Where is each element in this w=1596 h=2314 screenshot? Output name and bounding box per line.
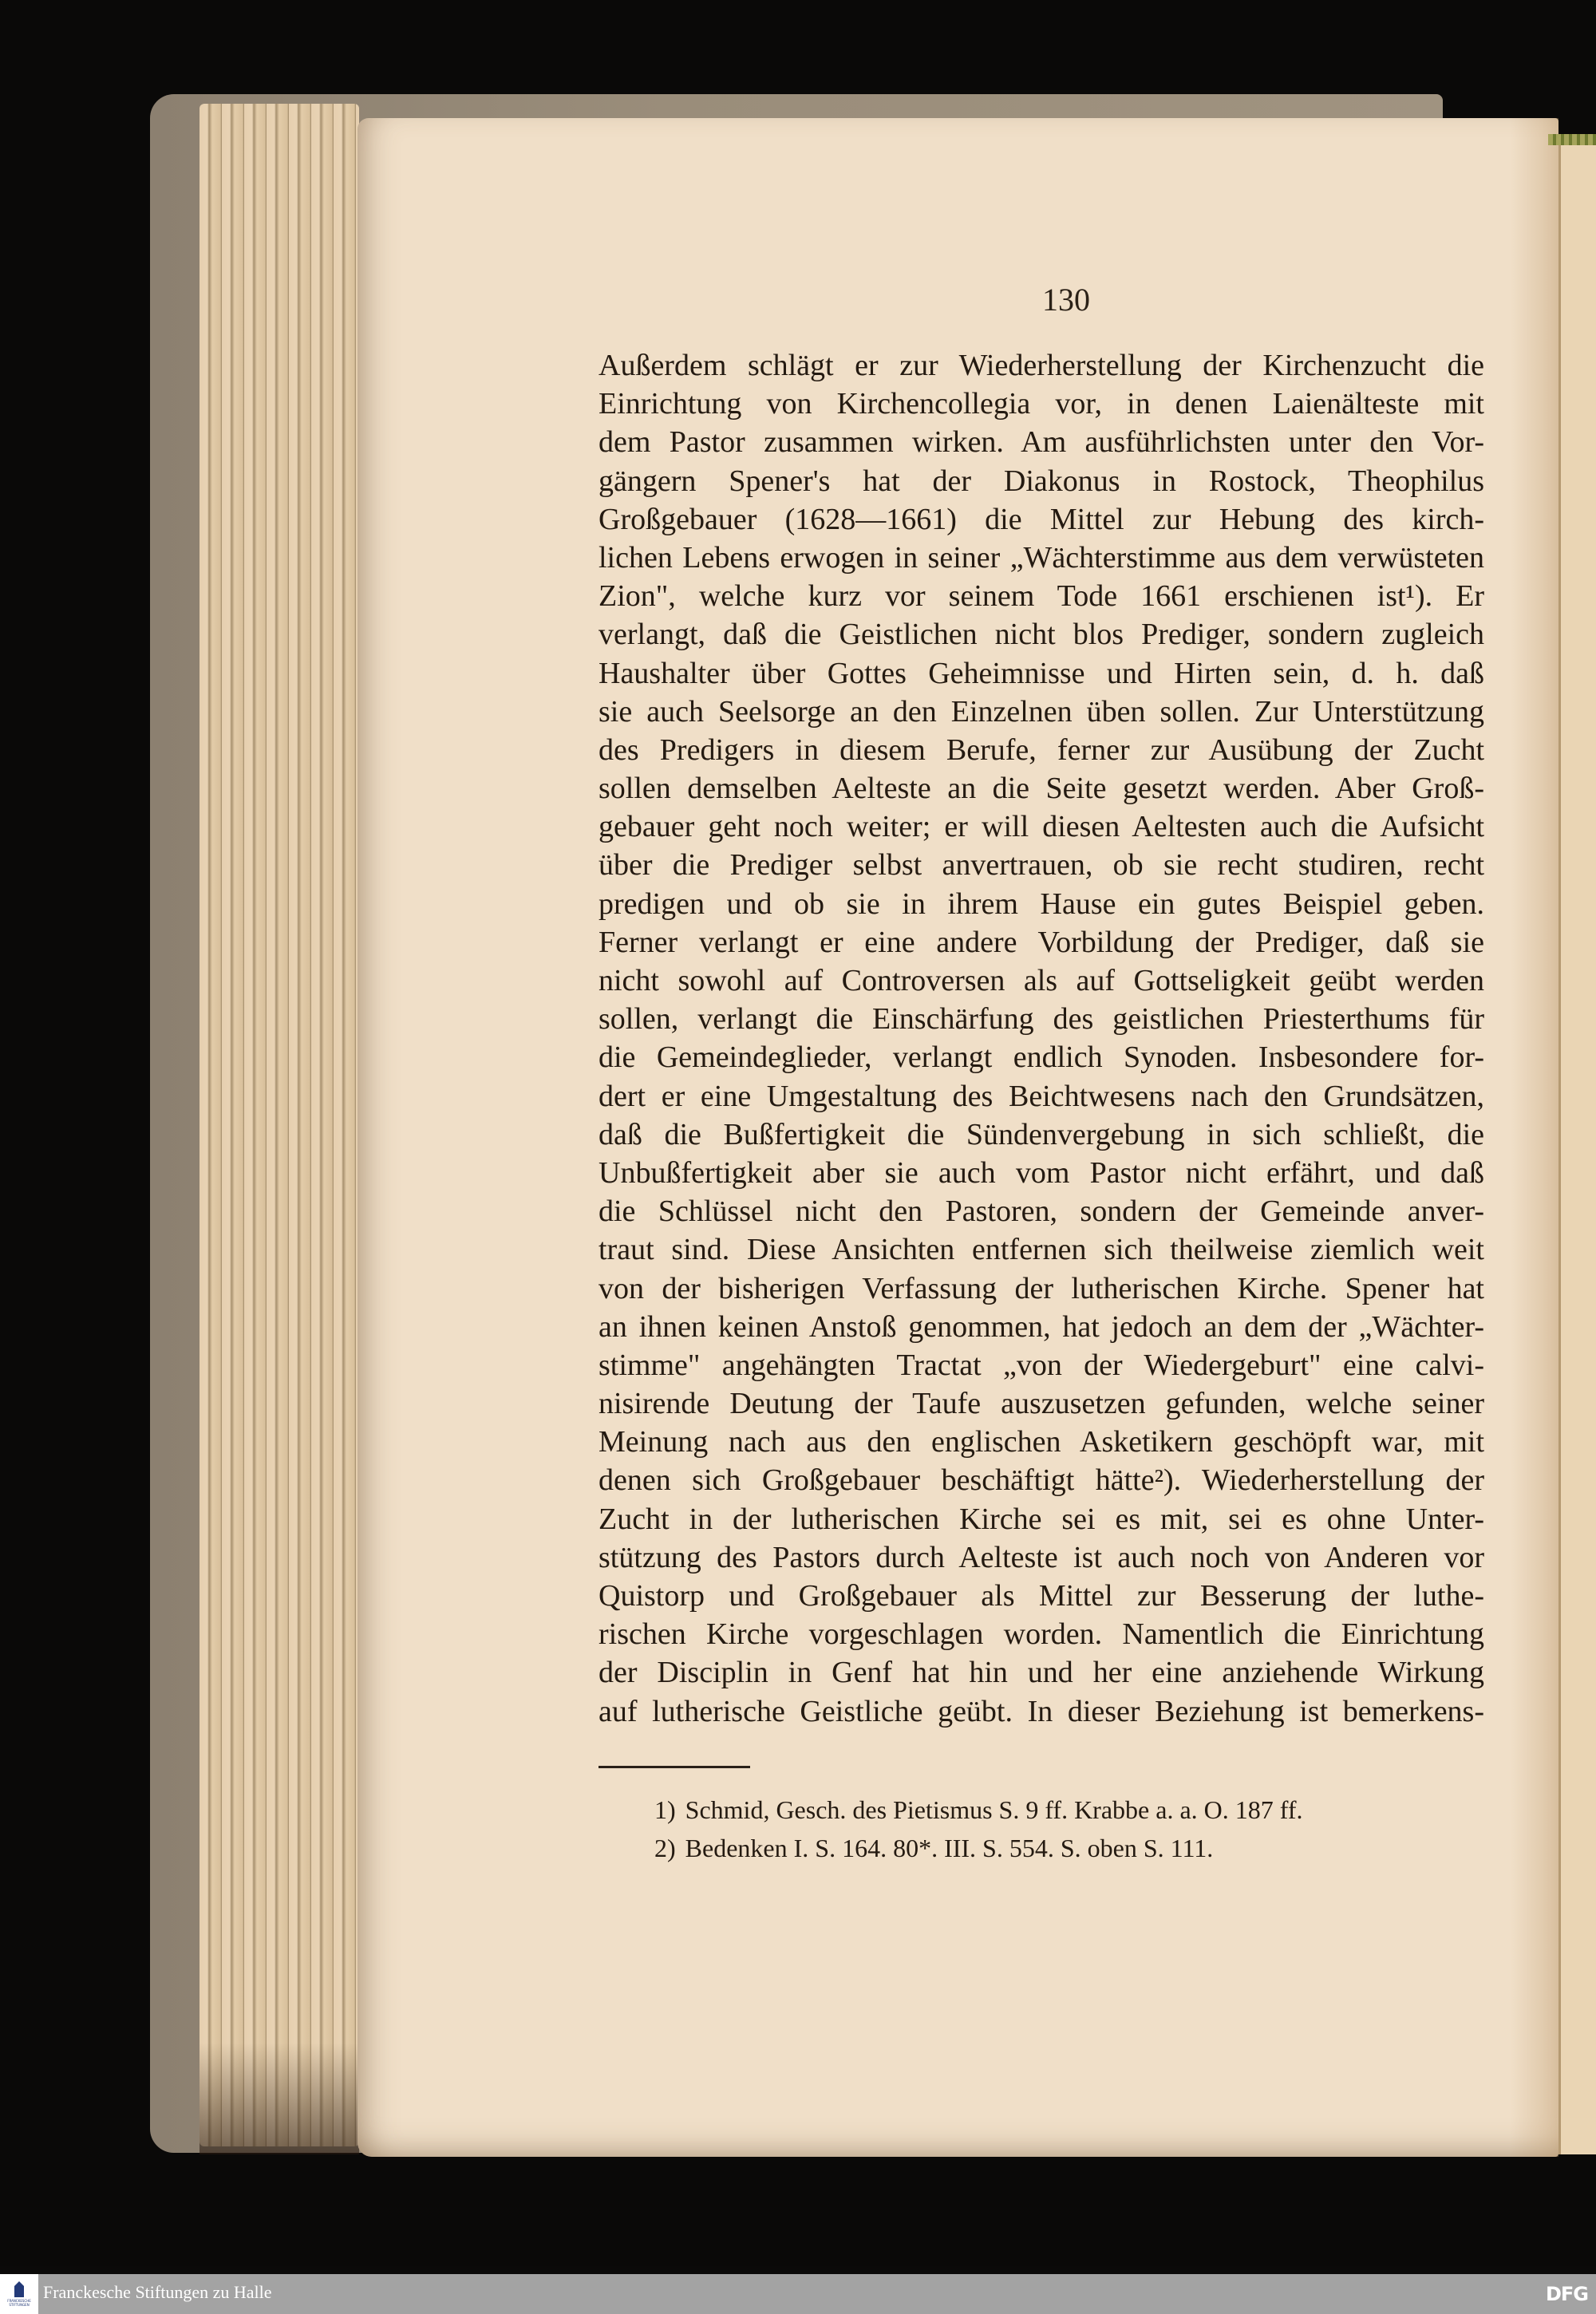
- text-line: stützung des Pastors durch Aelteste ist …: [598, 1538, 1484, 1577]
- text-line: sollen demselben Aelteste an die Seite g…: [598, 769, 1484, 808]
- text-line: auf lutherische Geistliche geübt. In die…: [598, 1692, 1484, 1731]
- text-line: die Schlüssel nicht den Pastoren, sonder…: [598, 1192, 1484, 1230]
- footnote-marker: 1): [654, 1795, 676, 1824]
- text-line: nicht sowohl auf Controversen als auf Go…: [598, 962, 1484, 1000]
- footnote-marker: 2): [654, 1834, 676, 1862]
- text-line: von der bisherigen Verfassung der luther…: [598, 1270, 1484, 1308]
- text-line: denen sich Großgebauer beschäftigt hätte…: [598, 1461, 1484, 1499]
- text-line: des Predigers in diesem Berufe, ferner z…: [598, 731, 1484, 769]
- text-line: Zion", welche kurz vor seinem Tode 1661 …: [598, 577, 1484, 615]
- dfg-logo[interactable]: DFG: [1546, 2283, 1588, 2305]
- text-line: sollen, verlangt die Einschärfung des ge…: [598, 1000, 1484, 1038]
- head-band: [1548, 134, 1596, 145]
- text-line: Einrichtung von Kirchencollegia vor, in …: [598, 385, 1484, 423]
- text-line: rischen Kirche vorgeschlagen worden. Nam…: [598, 1615, 1484, 1653]
- text-line: die Gemeindeglieder, verlangt endlich Sy…: [598, 1038, 1484, 1076]
- text-line: über die Prediger selbst anvertrauen, ob…: [598, 846, 1484, 884]
- text-line: Unbußfertigkeit aber sie auch vom Pastor…: [598, 1154, 1484, 1192]
- text-line: Großgebauer (1628—1661) die Mittel zur H…: [598, 500, 1484, 539]
- scan-background: 130 Außerdem schlägt er zur Wiederherste…: [0, 0, 1596, 2266]
- next-page-edge: [1558, 140, 1596, 2154]
- text-line: Meinung nach aus den englischen Asketike…: [598, 1423, 1484, 1461]
- text-line: Außerdem schlägt er zur Wiederherstellun…: [598, 346, 1484, 385]
- text-line: an ihnen keinen Anstoß genommen, hat jed…: [598, 1308, 1484, 1346]
- footnote-1: 1)Schmid, Gesch. des Pietismus S. 9 ff. …: [654, 1791, 1484, 1829]
- text-line: Quistorp und Großgebauer als Mittel zur …: [598, 1577, 1484, 1615]
- orphanage-founder-icon: [14, 2281, 24, 2297]
- text-line: nisirende Deutung der Taufe auszusetzen …: [598, 1384, 1484, 1423]
- text-line: daß die Bußfertigkeit die Sündenvergebun…: [598, 1116, 1484, 1154]
- text-line: gebauer geht noch weiter; er will diesen…: [598, 808, 1484, 846]
- page-stack-shadow: [199, 2043, 359, 2154]
- footnotes: 1)Schmid, Gesch. des Pietismus S. 9 ff. …: [654, 1791, 1484, 1867]
- text-line: Ferner verlangt er eine andere Vorbildun…: [598, 923, 1484, 962]
- text-line: verlangt, daß die Geistlichen nicht blos…: [598, 615, 1484, 654]
- body-text: Außerdem schlägt er zur Wiederherstellun…: [598, 346, 1484, 1731]
- text-line: sie auch Seelsorge an den Einzelnen üben…: [598, 693, 1484, 731]
- footnote-text: Schmid, Gesch. des Pietismus S. 9 ff. Kr…: [685, 1795, 1303, 1824]
- text-line: lichen Lebens erwogen in seiner „Wächter…: [598, 539, 1484, 577]
- text-line: Haushalter über Gottes Geheimnisse und H…: [598, 654, 1484, 693]
- institution-name: Franckesche Stiftungen zu Halle: [43, 2282, 272, 2303]
- text-line: dem Pastor zusammen wirken. Am ausführli…: [598, 423, 1484, 461]
- page-stack-edges: [199, 104, 359, 2146]
- footer-bar: FRANCKESCHE STIFTUNGEN Franckesche Stift…: [0, 2274, 1596, 2314]
- text-line: traut sind. Diese Ansichten entfernen si…: [598, 1230, 1484, 1269]
- footnote-text: Bedenken I. S. 164. 80*. III. S. 554. S.…: [685, 1834, 1214, 1862]
- footnote-2: 2)Bedenken I. S. 164. 80*. III. S. 554. …: [654, 1829, 1484, 1867]
- text-line: predigen und ob sie in ihrem Hause ein g…: [598, 885, 1484, 923]
- footnote-divider: [598, 1766, 750, 1768]
- text-line: stimme" angehängten Tractat „von der Wie…: [598, 1346, 1484, 1384]
- page-number: 130: [1018, 281, 1114, 318]
- institution-logo[interactable]: FRANCKESCHE STIFTUNGEN: [0, 2274, 38, 2314]
- text-line: Zucht in der lutherischen Kirche sei es …: [598, 1500, 1484, 1538]
- text-line: dert er eine Umgestaltung des Beichtwese…: [598, 1077, 1484, 1116]
- text-line: der Disciplin in Genf hat hin und her ei…: [598, 1653, 1484, 1692]
- institution-logo-text: FRANCKESCHE STIFTUNGEN: [0, 2299, 38, 2307]
- text-line: gängern Spener's hat der Diakonus in Ros…: [598, 462, 1484, 500]
